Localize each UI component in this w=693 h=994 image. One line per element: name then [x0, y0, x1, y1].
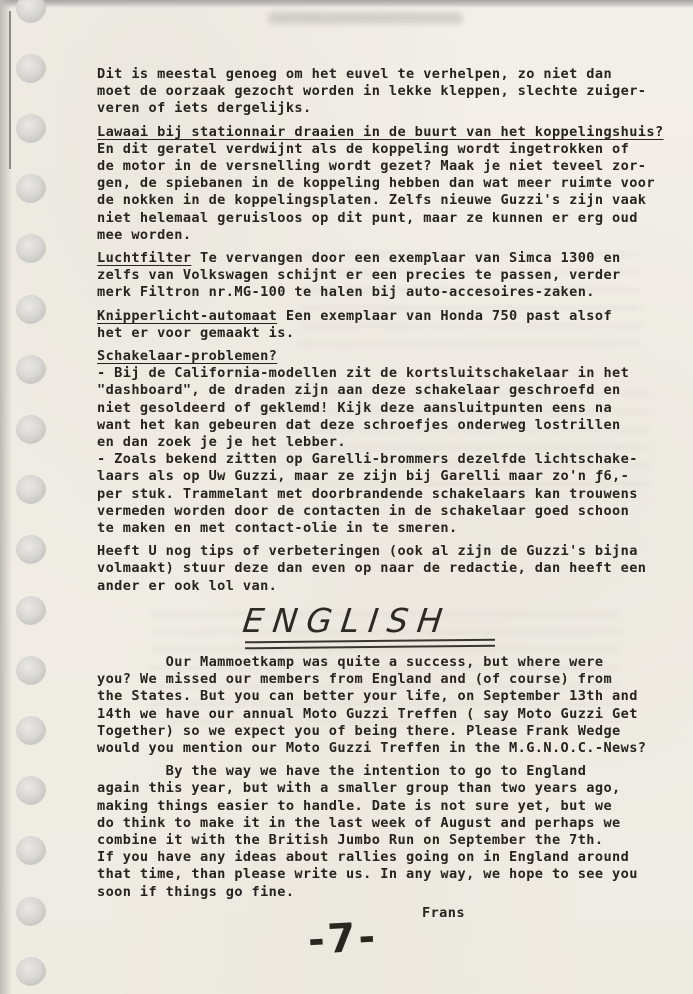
- section-heading-luchtfilter: Luchtfilter: [97, 250, 191, 266]
- section-heading-lawaai: Lawaai bij stationnair draaien in de buu…: [97, 124, 667, 141]
- section-body-schakelaar: - Bij de California-modellen zit de kort…: [97, 365, 667, 537]
- punch-hole: [16, 114, 46, 143]
- scanned-page: Dit is meestal genoeg om het euvel te ve…: [0, 0, 693, 994]
- punch-hole: [16, 535, 46, 564]
- paragraph-intro: Dit is meestal genoeg om het euvel te ve…: [97, 66, 667, 118]
- punch-hole: [16, 475, 46, 504]
- punch-hole: [16, 54, 46, 83]
- punch-hole: [16, 234, 46, 263]
- english-heading-underline: [245, 639, 495, 650]
- section-knipperlicht: Knipperlicht-automaat Een exemplaar van …: [97, 308, 667, 342]
- signature: Frans: [422, 905, 667, 922]
- punch-hole: [16, 174, 46, 203]
- punch-hole: [16, 897, 46, 926]
- punch-hole: [16, 656, 46, 685]
- paper-fold-line: [9, 11, 11, 169]
- punch-hole: [16, 355, 46, 384]
- scan-top-edge: [0, 0, 693, 8]
- punch-hole: [16, 957, 46, 986]
- punch-hole: [16, 596, 46, 625]
- section-heading-knipperlicht: Knipperlicht-automaat: [97, 308, 277, 324]
- english-section-heading-wrap: ENGLISH: [243, 603, 667, 639]
- english-paragraph-1: Our Mammoetkamp was quite a success, but…: [97, 654, 667, 757]
- paragraph-closing: Heeft U nog tips of verbeteringen (ook a…: [97, 543, 667, 595]
- page-content: Dit is meestal genoeg om het euvel te ve…: [97, 66, 667, 922]
- page-number: -7-: [307, 914, 379, 964]
- section-body-lawaai: En dit geratel verdwijnt als de koppelin…: [97, 141, 667, 244]
- section-heading-schakelaar: Schakelaar-problemen?: [97, 348, 667, 365]
- punch-hole: [16, 295, 46, 324]
- english-section-heading: ENGLISH: [241, 603, 453, 639]
- punch-hole: [16, 415, 46, 444]
- punch-hole: [16, 776, 46, 805]
- bleedthrough-smudge: [268, 12, 463, 24]
- section-luchtfilter: Luchtfilter Te vervangen door een exempl…: [97, 250, 667, 302]
- punch-hole: [16, 716, 46, 745]
- punch-hole: [16, 0, 46, 23]
- punch-hole: [16, 836, 46, 865]
- english-paragraph-2: By the way we have the intention to go t…: [97, 763, 667, 901]
